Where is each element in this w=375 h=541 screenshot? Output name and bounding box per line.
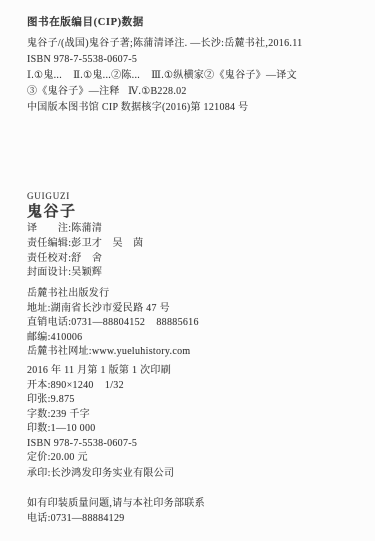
credits-list: 译 注:陈蒲清 责任编辑:彭卫才 吴 茵 责任校对:舒 舍 封面设计:吴颖辉 bbox=[27, 222, 357, 281]
publisher-section: 岳麓书社出版发行 地址:湖南省长沙市爱民路 47 号 直销电话:0731—888… bbox=[27, 287, 357, 360]
service-phone: 电话:0731—88884129 bbox=[27, 512, 357, 527]
credit-editor: 责任编辑:彭卫才 吴 茵 bbox=[27, 237, 357, 252]
publisher-website: 岳麓书社网址:www.yueluhistory.com bbox=[27, 345, 357, 360]
print-run: 印数:1—10 000 bbox=[27, 422, 357, 437]
cip-title-line: 鬼谷子/(战国)鬼谷子著;陈蒲清译注. —长沙:岳麓书社,2016.11 bbox=[27, 36, 357, 52]
book-title-pinyin: GUIGUZI bbox=[27, 190, 357, 202]
printer-company: 承印:长沙鸿发印务实业有限公司 bbox=[27, 467, 357, 482]
publisher-name: 岳麓书社出版发行 bbox=[27, 287, 357, 302]
footer-section: 如有印装质量问题,请与本社印务部联系 电话:0731—88884129 bbox=[27, 497, 357, 526]
credit-cover-designer: 封面设计:吴颖辉 bbox=[27, 266, 357, 281]
printing-section: 2016 年 11 月第 1 版第 1 次印刷 开本:890×1240 1/32… bbox=[27, 364, 357, 466]
quality-notice: 如有印装质量问题,请与本社印务部联系 bbox=[27, 497, 357, 512]
cip-classification-line-1: Ⅰ.①鬼... Ⅱ.①鬼...②陈... Ⅲ.①纵横家②《鬼谷子》—译文 bbox=[27, 68, 357, 84]
publisher-postcode: 邮编:410006 bbox=[27, 331, 357, 346]
credit-translator: 译 注:陈蒲清 bbox=[27, 222, 357, 237]
title-section: GUIGUZI 鬼谷子 译 注:陈蒲清 责任编辑:彭卫才 吴 茵 责任校对:舒 … bbox=[27, 190, 357, 281]
print-isbn: ISBN 978-7-5538-0607-5 bbox=[27, 437, 357, 452]
print-price: 定价:20.00 元 bbox=[27, 451, 357, 466]
print-format: 开本:890×1240 1/32 bbox=[27, 379, 357, 394]
copyright-page: 图书在版编目(CIP)数据 鬼谷子/(战国)鬼谷子著;陈蒲清译注. —长沙:岳麓… bbox=[0, 0, 375, 541]
cip-header: 图书在版编目(CIP)数据 bbox=[27, 15, 357, 30]
print-word-count: 字数:239 千字 bbox=[27, 408, 357, 423]
publisher-address: 地址:湖南省长沙市爱民路 47 号 bbox=[27, 302, 357, 317]
cip-record-line: 中国版本图书馆 CIP 数据核字(2016)第 121084 号 bbox=[27, 100, 357, 116]
credit-proofreader: 责任校对:舒 舍 bbox=[27, 252, 357, 267]
cip-section: 图书在版编目(CIP)数据 鬼谷子/(战国)鬼谷子著;陈蒲清译注. —长沙:岳麓… bbox=[27, 15, 357, 116]
book-title: 鬼谷子 bbox=[27, 202, 357, 222]
cip-classification-line-2: ③《鬼谷子》—注释 Ⅳ.①B228.02 bbox=[27, 84, 357, 100]
cip-isbn-line: ISBN 978-7-5538-0607-5 bbox=[27, 52, 357, 68]
publisher-sales-phone: 直销电话:0731—88804152 88885616 bbox=[27, 316, 357, 331]
printer-section: 承印:长沙鸿发印务实业有限公司 bbox=[27, 467, 357, 482]
print-sheets: 印张:9.875 bbox=[27, 393, 357, 408]
print-edition: 2016 年 11 月第 1 版第 1 次印刷 bbox=[27, 364, 357, 379]
